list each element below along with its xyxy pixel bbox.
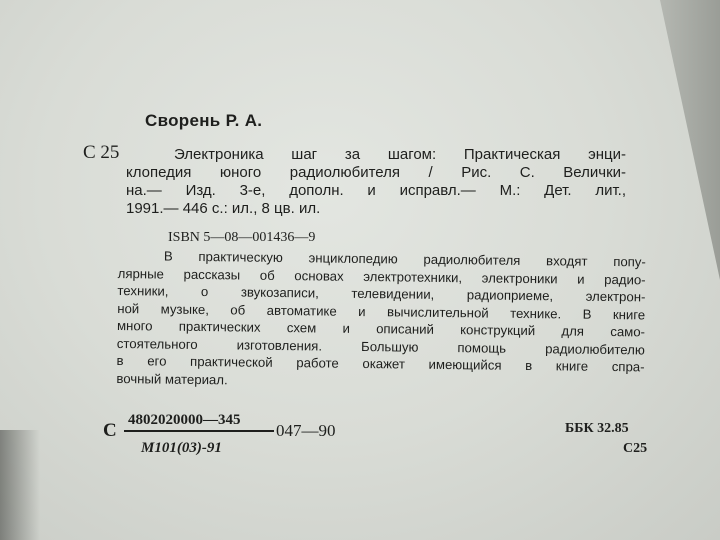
index-numerator: 4802020000—345 [128,412,241,429]
biblio-line: Электроника шаг за шагом: Практическая э… [126,146,626,164]
abstract: В практическую энциклопедию радиолюбител… [116,247,646,393]
bbk-code: ББК 32.85 [565,421,629,437]
biblio-line: клопедия юного радиолюбителя / Рис. С. В… [126,164,626,182]
index-prefix: С [103,420,117,442]
author-name: Сворень Р. А. [145,111,262,131]
biblio-line: 1991.— 446 с.: ил., 8 цв. ил. [126,200,626,218]
biblio-line: на.— Изд. 3-е, дополн. и исправл.— М.: Д… [126,182,626,200]
index-denominator: М101(03)-91 [141,440,222,457]
index-suffix: 047—90 [276,421,336,441]
isbn: ISBN 5—08—001436—9 [168,230,315,246]
call-code: С 25 [83,142,119,164]
author-sign: С25 [623,441,647,457]
bibliographic-description: Электроника шаг за шагом: Практическая э… [126,146,626,218]
book-page: Сворень Р. А. С 25 Электроника шаг за ша… [0,0,720,540]
fraction-bar [124,430,274,432]
page-shadow [0,430,40,540]
